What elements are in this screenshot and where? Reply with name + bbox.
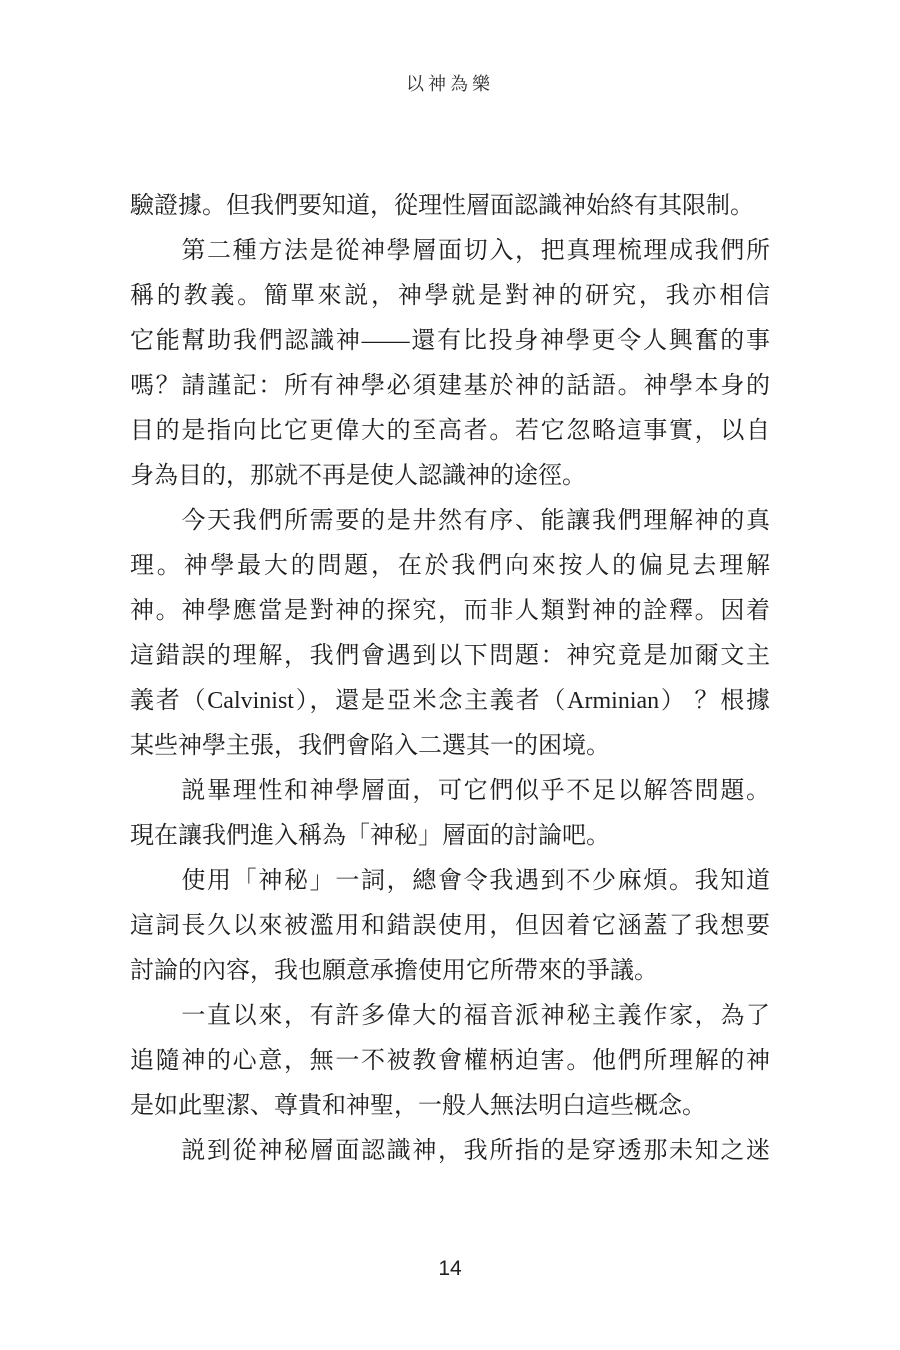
body-text: 驗證據。但我們要知道，從理性層面認識神始終有其限制。 第二種方法是從神學層面切入…	[130, 184, 770, 1174]
text-line: 某些神學主張，我們會陷入二選其一的困境。	[130, 724, 770, 769]
text-line: 這錯誤的理解，我們會遇到以下問題：神究竟是加爾文主	[130, 634, 770, 679]
page-number: 14	[0, 1256, 900, 1282]
text-line: 一直以來，有許多偉大的福音派神秘主義作家，為了	[130, 994, 770, 1039]
text-line: 説到從神秘層面認識神，我所指的是穿透那未知之迷	[130, 1129, 770, 1174]
text-line: 現在讓我們進入稱為「神秘」層面的討論吧。	[130, 814, 770, 859]
text-line: 討論的內容，我也願意承擔使用它所帶來的爭議。	[130, 949, 770, 994]
text-line: 目的是指向比它更偉大的至高者。若它忽略這事實，以自	[130, 409, 770, 454]
text-line: 追隨神的心意，無一不被教會權柄迫害。他們所理解的神	[130, 1039, 770, 1084]
running-head: 以神為樂	[0, 73, 900, 95]
text-line: 今天我們所需要的是井然有序、能讓我們理解神的真	[130, 499, 770, 544]
text-line: 説畢理性和神學層面，可它們似乎不足以解答問題。	[130, 769, 770, 814]
text-line: 驗證據。但我們要知道，從理性層面認識神始終有其限制。	[130, 184, 770, 229]
text-line: 嗎？請謹記：所有神學必須建基於神的話語。神學本身的	[130, 364, 770, 409]
text-line: 第二種方法是從神學層面切入，把真理梳理成我們所	[130, 229, 770, 274]
text-line: 使用「神秘」一詞，總會令我遇到不少麻煩。我知道	[130, 859, 770, 904]
text-line: 身為目的，那就不再是使人認識神的途徑。	[130, 454, 770, 499]
text-line: 是如此聖潔、尊貴和神聖，一般人無法明白這些概念。	[130, 1084, 770, 1129]
text-line: 這詞長久以來被濫用和錯誤使用，但因着它涵蓋了我想要	[130, 904, 770, 949]
text-line: 義者（Calvinist），還是亞米念主義者（Arminian） ？根據	[130, 679, 770, 724]
text-line: 稱的教義。簡單來説，神學就是對神的研究，我亦相信	[130, 274, 770, 319]
text-line: 神。神學應當是對神的探究，而非人類對神的詮釋。因着	[130, 589, 770, 634]
book-page: 以神為樂 驗證據。但我們要知道，從理性層面認識神始終有其限制。 第二種方法是從神…	[0, 0, 900, 1350]
text-line: 它能幫助我們認識神——還有比投身神學更令人興奮的事	[130, 319, 770, 364]
text-line: 理。神學最大的問題，在於我們向來按人的偏見去理解	[130, 544, 770, 589]
